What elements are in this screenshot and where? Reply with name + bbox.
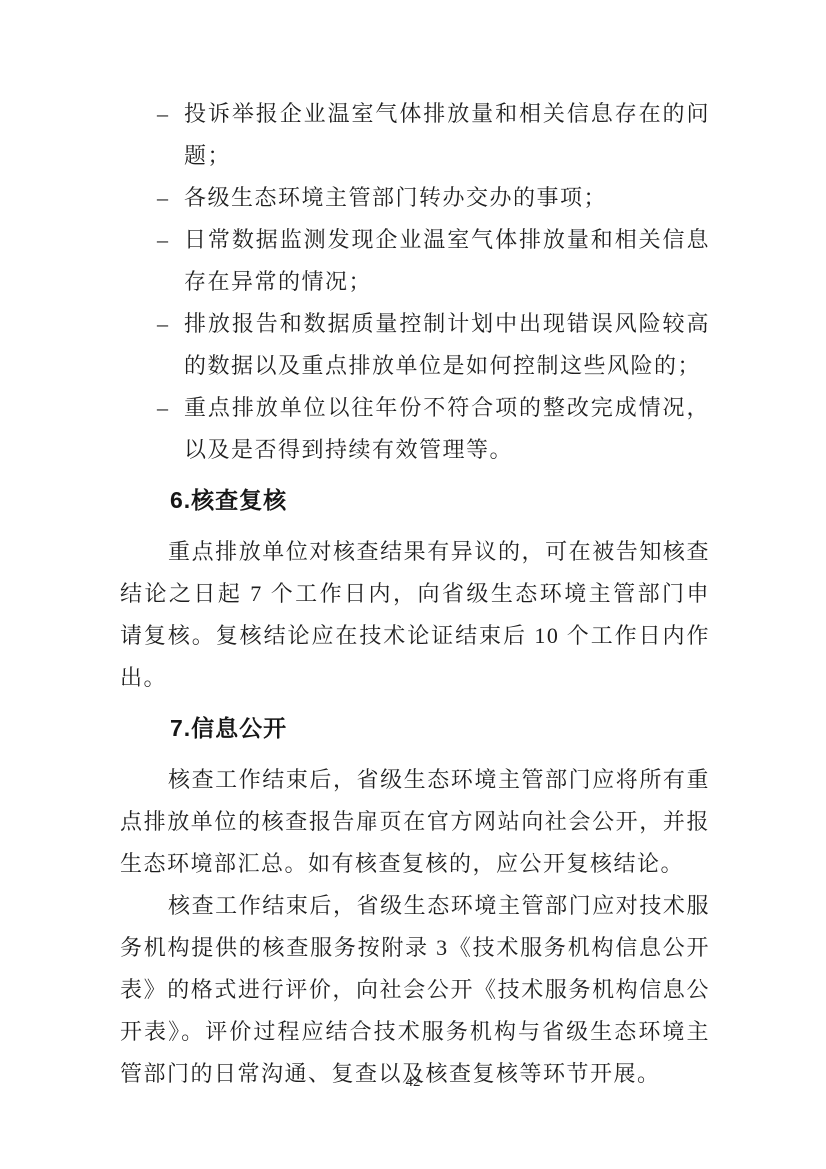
dash-bullet-icon: – [157, 387, 168, 429]
list-item: – 日常数据监测发现企业温室气体排放量和相关信息存在异常的情况； [120, 219, 710, 303]
bullet-list: – 投诉举报企业温室气体排放量和相关信息存在的问题； – 各级生态环境主管部门转… [120, 93, 710, 471]
list-item: – 排放报告和数据质量控制计划中出现错误风险较高的数据以及重点排放单位是如何控制… [120, 303, 710, 387]
page-number: 42 [0, 1072, 826, 1092]
list-item-text: 排放报告和数据质量控制计划中出现错误风险较高的数据以及重点排放单位是如何控制这些… [184, 311, 710, 378]
dash-bullet-icon: – [157, 93, 168, 135]
paragraph: 核查工作结束后，省级生态环境主管部门应将所有重点排放单位的核查报告扉页在官方网站… [120, 759, 710, 885]
list-item-text: 各级生态环境主管部门转办交办的事项； [184, 185, 607, 210]
list-item: – 投诉举报企业温室气体排放量和相关信息存在的问题； [120, 93, 710, 177]
dash-bullet-icon: – [157, 219, 168, 261]
dash-bullet-icon: – [157, 177, 168, 219]
list-item-text: 投诉举报企业温室气体排放量和相关信息存在的问题； [184, 101, 710, 168]
page-content: – 投诉举报企业温室气体排放量和相关信息存在的问题； – 各级生态环境主管部门转… [120, 93, 710, 1095]
dash-bullet-icon: – [157, 303, 168, 345]
section-heading: 7.信息公开 [120, 707, 710, 749]
list-item: – 各级生态环境主管部门转办交办的事项； [120, 177, 710, 219]
list-item-text: 重点排放单位以往年份不符合项的整改完成情况，以及是否得到持续有效管理等。 [184, 395, 710, 462]
section-heading: 6.核查复核 [120, 479, 710, 521]
list-item: – 重点排放单位以往年份不符合项的整改完成情况，以及是否得到持续有效管理等。 [120, 387, 710, 471]
section-information-disclosure: 7.信息公开 核查工作结束后，省级生态环境主管部门应将所有重点排放单位的核查报告… [120, 707, 710, 1095]
paragraph: 重点排放单位对核查结果有异议的，可在被告知核查结论之日起 7 个工作日内，向省级… [120, 531, 710, 699]
document-page: – 投诉举报企业温室气体排放量和相关信息存在的问题； – 各级生态环境主管部门转… [0, 0, 826, 1169]
section-verification-review: 6.核查复核 重点排放单位对核查结果有异议的，可在被告知核查结论之日起 7 个工… [120, 479, 710, 699]
paragraph: 核查工作结束后，省级生态环境主管部门应对技术服务机构提供的核查服务按附录 3《技… [120, 885, 710, 1095]
list-item-text: 日常数据监测发现企业温室气体排放量和相关信息存在异常的情况； [184, 227, 710, 294]
